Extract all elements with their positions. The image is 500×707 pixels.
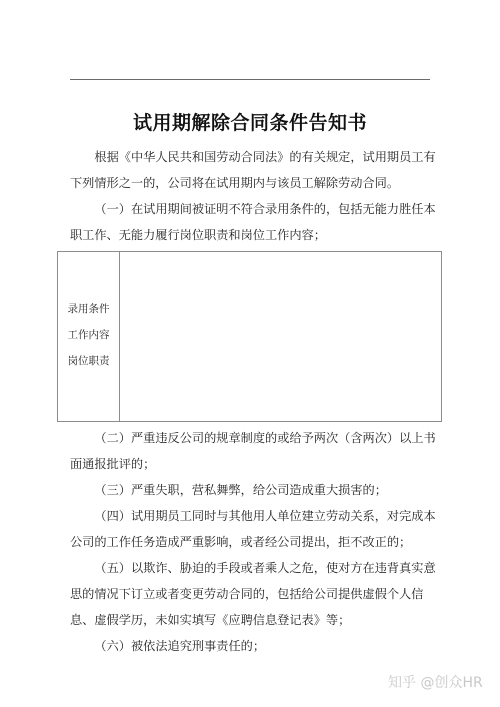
clause-6: （六）被依法追究刑事责任的； <box>70 633 440 659</box>
clause-3: （三）严重失职，营私舞弊，给公司造成重大损害的； <box>70 477 440 503</box>
label-job-content: 工作内容 <box>58 326 119 352</box>
watermark: 知乎 @创众HR <box>388 672 483 692</box>
top-rule <box>70 79 430 80</box>
document-title: 试用期解除合同条件告知书 <box>0 108 500 135</box>
clause-2: （二）严重违反公司的规章制度的或给予两次（含两次）以上书面通报批评的； <box>70 425 440 477</box>
label-job-duties: 岗位职责 <box>58 352 119 378</box>
label-hiring-conditions: 录用条件 <box>58 300 119 326</box>
clause-1: （一）在试用期间被证明不符合录用条件的，包括无能力胜任本职工作、无能力履行岗位职… <box>70 196 440 248</box>
conditions-table: 录用条件 工作内容 岗位职责 <box>57 251 442 422</box>
intro-paragraph: 根据《中华人民共和国劳动合同法》的有关规定，试用期员工有下列情形之一的，公司将在… <box>70 144 440 196</box>
table-label-column: 录用条件 工作内容 岗位职责 <box>58 300 119 378</box>
clause-5: （五）以欺诈、胁迫的手段或者乘人之危，使对方在违背真实意思的情况下订立或者变更劳… <box>70 555 440 633</box>
clause-4: （四）试用期员工同时与其他用人单位建立劳动关系，对完成本公司的工作任务造成严重影… <box>70 503 440 555</box>
table-content-cell <box>120 252 441 421</box>
